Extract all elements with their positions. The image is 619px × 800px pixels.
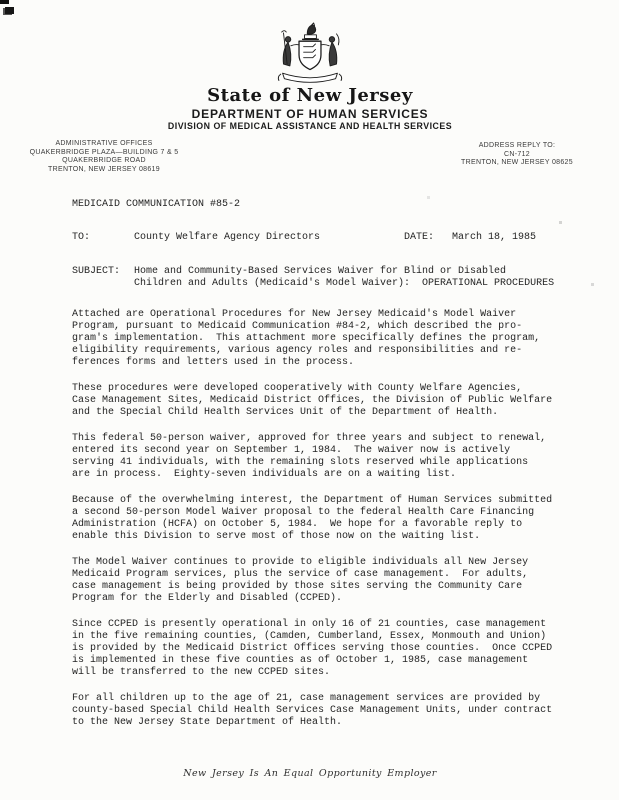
- body-paragraph: Since CCPED is presently operational in …: [72, 619, 572, 679]
- department-title: DEPARTMENT OF HUMAN SERVICES: [192, 107, 429, 121]
- communication-number: MEDICAID COMMUNICATION #85-2: [72, 199, 240, 211]
- body-paragraph: This federal 50-person waiver, approved …: [72, 433, 572, 481]
- date-value: March 18, 1985: [452, 232, 536, 244]
- state-title: State of New Jersey: [207, 85, 413, 106]
- reply-address: ADDRESS REPLY TO: CN-712 TRENTON, NEW JE…: [461, 142, 573, 168]
- division-title: DIVISION OF MEDICAL ASSISTANCE AND HEALT…: [168, 121, 452, 131]
- body-paragraph: Because of the overwhelming interest, th…: [72, 495, 572, 543]
- equal-opportunity-footer: New Jersey Is An Equal Opportunity Emplo…: [183, 768, 436, 779]
- letter-body: Attached are Operational Procedures for …: [72, 309, 572, 743]
- body-paragraph: The Model Waiver continues to provide to…: [72, 557, 572, 605]
- to-label: TO:: [72, 232, 90, 244]
- body-paragraph: Attached are Operational Procedures for …: [72, 309, 572, 369]
- to-value: County Welfare Agency Directors: [134, 232, 320, 244]
- body-paragraph: For all children up to the age of 21, ca…: [72, 693, 572, 729]
- scan-specks: [0, 0, 1, 1]
- document-page: State of New Jersey DEPARTMENT OF HUMAN …: [0, 0, 619, 800]
- subject-value: Home and Community-Based Services Waiver…: [134, 266, 554, 290]
- nj-state-seal-icon: [254, 22, 366, 86]
- date-label: DATE:: [404, 232, 434, 244]
- administrative-offices-address: ADMINISTRATIVE OFFICES QUAKERBRIDGE PLAZ…: [30, 140, 179, 174]
- scan-artifact-mark: [0, 0, 9, 4]
- subject-label: SUBJECT:: [72, 266, 120, 278]
- scan-artifact-mark: [5, 7, 14, 14]
- body-paragraph: These procedures were developed cooperat…: [72, 383, 572, 419]
